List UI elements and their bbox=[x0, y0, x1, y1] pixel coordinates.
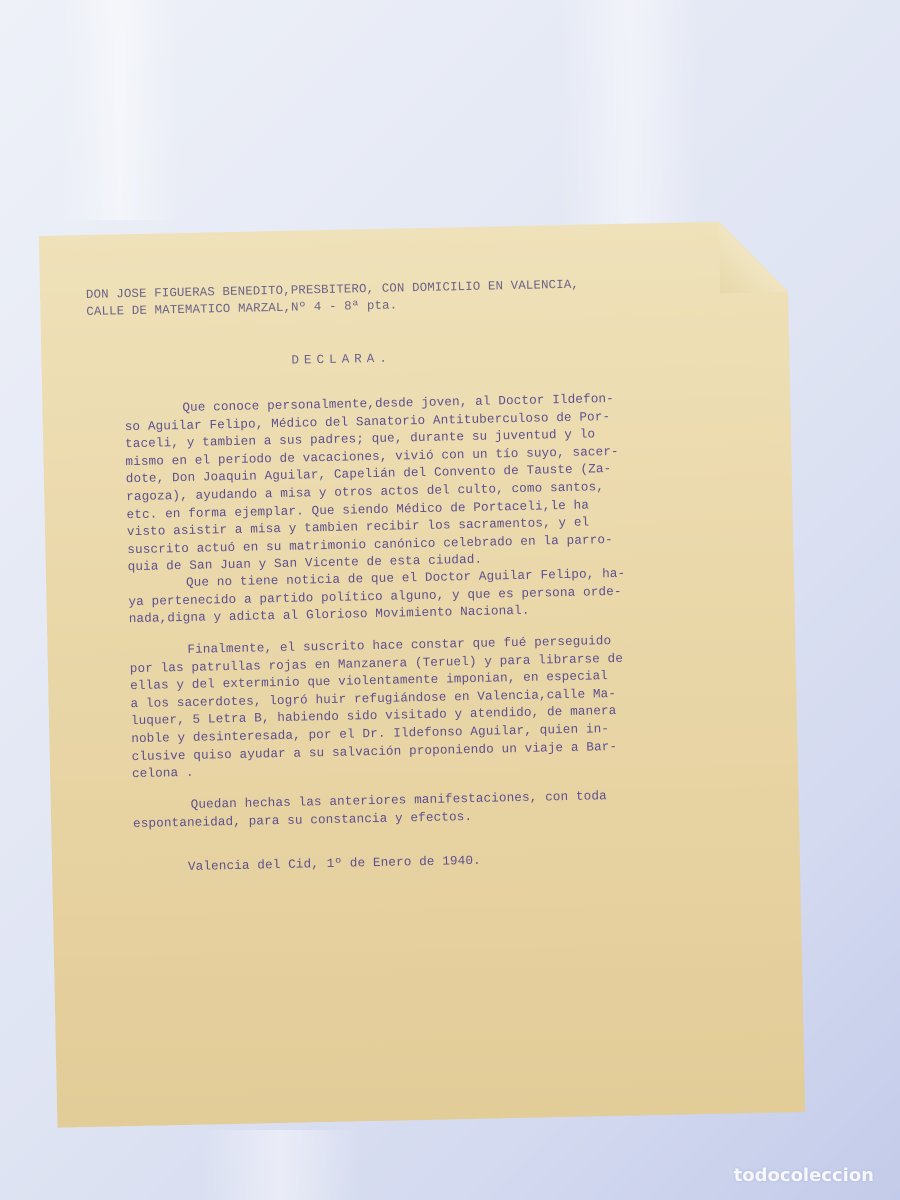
paragraph-conclusion: Quedan hechas las anteriores manifestaci… bbox=[133, 785, 754, 833]
background-cloth-highlight bbox=[200, 1130, 360, 1200]
background-cloth-highlight bbox=[60, 0, 180, 220]
background-cloth-highlight bbox=[560, 0, 700, 240]
paragraph-acquaintance: Que conoce personalmente,desde joven, al… bbox=[124, 388, 748, 577]
declarant-header: DON JOSE FIGUERAS BENEDITO,PRESBITERO, C… bbox=[86, 273, 767, 321]
place-and-date: Valencia del Cid, 1º de Enero de 1940. bbox=[188, 853, 481, 877]
typed-document-page: DON JOSE FIGUERAS BENEDITO,PRESBITERO, C… bbox=[39, 220, 806, 1127]
paragraph-persecution: Finalmente, el suscrito hace constar que… bbox=[129, 630, 752, 784]
watermark-logo: todocoleccion bbox=[734, 1165, 874, 1186]
typed-text-area: DON JOSE FIGUERAS BENEDITO,PRESBITERO, C… bbox=[39, 220, 806, 1127]
document-title: DECLARA. bbox=[291, 351, 392, 371]
